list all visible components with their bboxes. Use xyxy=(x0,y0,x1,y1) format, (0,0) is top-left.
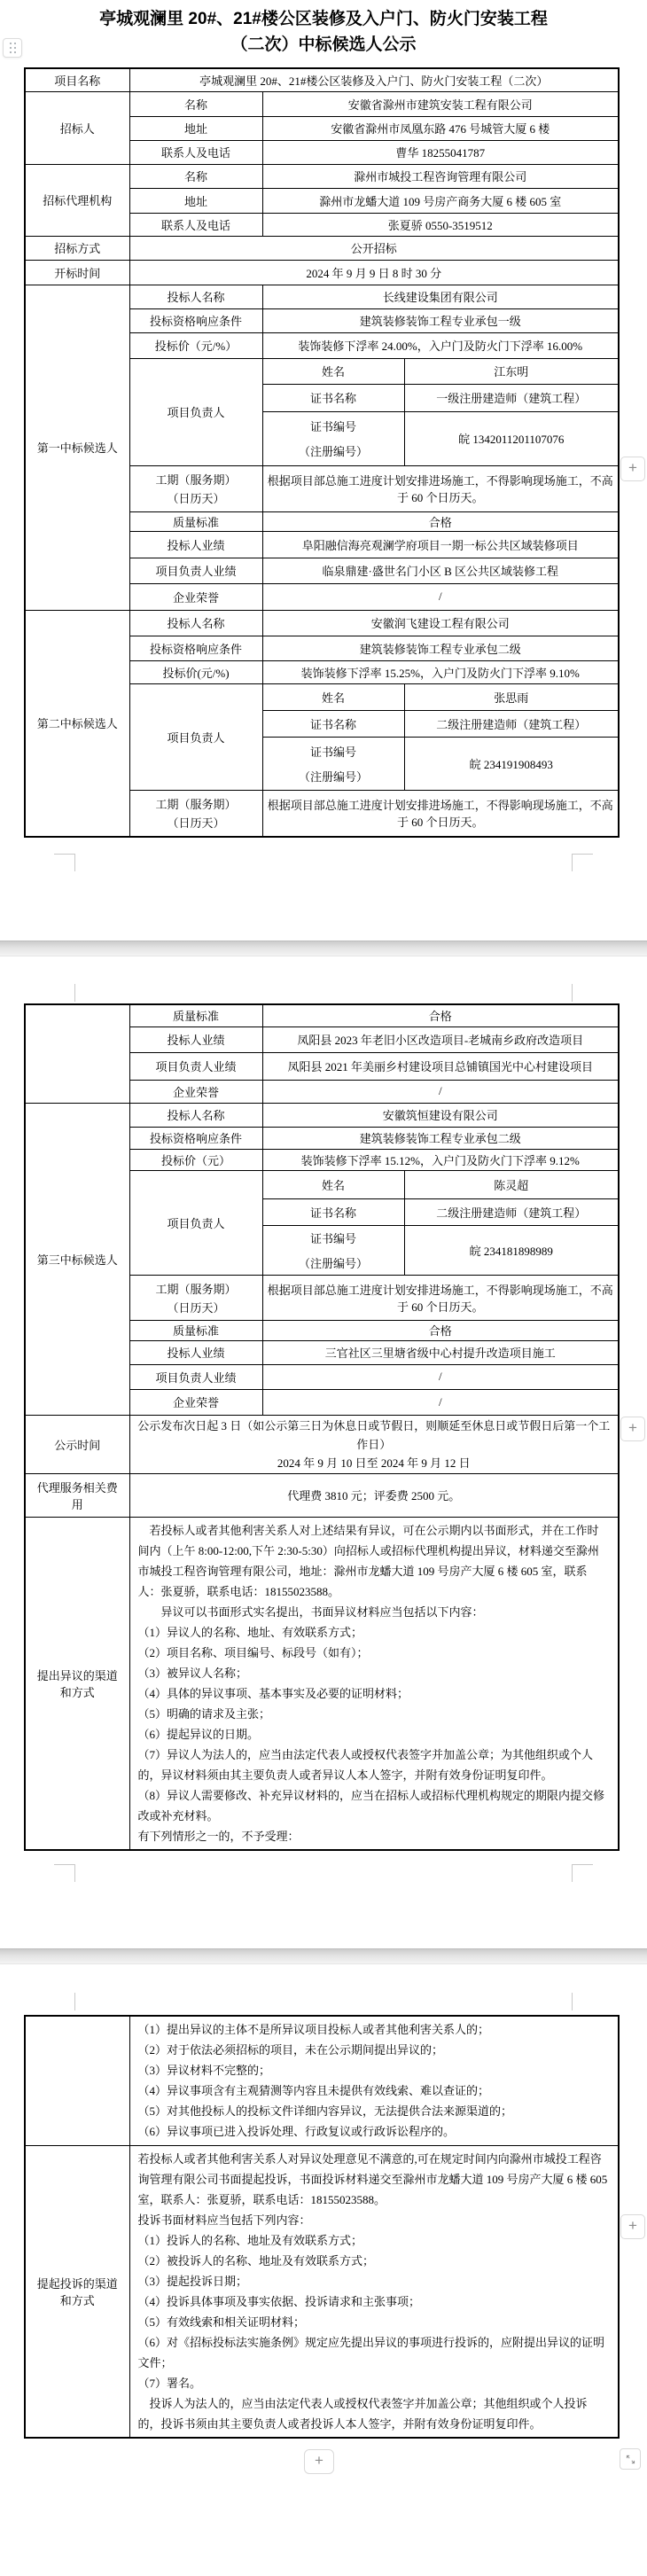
bid-announcement-table-page1: 项目名称 亭城观澜里 20#、21#楼公区装修及入户门、防火门安装工程（二次） … xyxy=(24,67,620,838)
value-c2-duration: 根据项目部总施工进度计划安排进场施工，不得影响现场施工，不高于 60 个日历天。 xyxy=(262,790,619,837)
drag-dots-icon xyxy=(10,43,16,53)
value-c2-qualification: 建筑装修装饰工程专业承包二级 xyxy=(262,636,619,660)
label-c2-quality: 质量标准 xyxy=(129,1004,262,1026)
objection-item: （3）被异议人名称； xyxy=(138,1663,611,1683)
page-separator-1 xyxy=(0,941,647,956)
label-agency: 招标代理机构 xyxy=(25,164,129,236)
page2-top-left-mark xyxy=(74,984,75,1002)
page-separator-2 xyxy=(0,1948,647,1964)
label-tenderee-address: 地址 xyxy=(129,116,262,140)
label-agency-address: 地址 xyxy=(129,188,262,213)
label-c1-cert-no: 证书编号 （注册编号） xyxy=(262,411,404,465)
label-c3-pm-name: 姓名 xyxy=(262,1170,404,1198)
page3-top-left-mark xyxy=(74,1993,75,2010)
value-c1-qualification: 建筑装修装饰工程专业承包一级 xyxy=(262,308,619,332)
value-c3-pm-name: 陈灵超 xyxy=(404,1170,619,1198)
label-c1-qualification: 投标资格响应条件 xyxy=(129,308,262,332)
value-c3-duration: 根据项目部总施工进度计划安排进场施工，不得影响现场施工，不高于 60 个日历天。 xyxy=(262,1275,619,1320)
value-c3-quality: 合格 xyxy=(262,1320,619,1340)
value-agency-contact: 张夏骄 0550-3519512 xyxy=(262,213,619,236)
complaint-item: （7）署名。 xyxy=(138,2373,611,2393)
page-3: （1）提出异议的主体不是所异议项目投标人或者其他利害关系人的； （2）对于依法必… xyxy=(0,1964,647,2576)
label-c1-pm-performance: 项目负责人业绩 xyxy=(129,558,262,583)
page-2: 质量标准 合格 投标人业绩 凤阳县 2023 年老旧小区改造项目-老城南乡政府改… xyxy=(0,956,647,1948)
value-c1-pm-name: 江东明 xyxy=(404,358,619,384)
label-c2-bidder-name: 投标人名称 xyxy=(129,610,262,636)
fullscreen-button[interactable] xyxy=(620,2448,641,2470)
title-line-2: （二次）中标候选人公示 xyxy=(0,32,647,58)
complaint-para-2: 投诉书面材料应当包括下列内容： xyxy=(138,2210,611,2230)
label-c2-qualification: 投标资格响应条件 xyxy=(129,636,262,660)
value-c3-qualification: 建筑装修装饰工程专业承包二级 xyxy=(262,1127,619,1149)
value-c3-bidder-performance: 三官社区三里塘省级中心村提升改造项目施工 xyxy=(262,1340,619,1364)
value-c3-bid-price: 装饰装修下浮率 15.12%，入户门及防火门下浮率 9.12% xyxy=(262,1149,619,1170)
label-c3-cert-no: 证书编号 （注册编号） xyxy=(262,1225,404,1275)
value-c3-honor: / xyxy=(262,1389,619,1415)
value-c2-cert-name: 二级注册建造师（建筑工程） xyxy=(404,710,619,737)
label-c3-pm-performance: 项目负责人业绩 xyxy=(129,1364,262,1389)
page3-top-right-mark xyxy=(572,1993,573,2010)
complaint-item: （4）投诉具体事项及事实依据、投诉请求和主张事项； xyxy=(138,2291,611,2312)
label-tenderee-name: 名称 xyxy=(129,91,262,116)
label-c1-quality: 质量标准 xyxy=(129,511,262,531)
fullscreen-icon xyxy=(626,2455,635,2464)
reject-item: （4）异议事项含有主观猜测等内容且未提供有效线索、难以查证的； xyxy=(138,2080,611,2101)
label-c3-project-manager: 项目负责人 xyxy=(129,1170,262,1275)
label-c3-qualification: 投标资格响应条件 xyxy=(129,1127,262,1149)
label-tenderee: 招标人 xyxy=(25,91,129,164)
drag-handle[interactable] xyxy=(3,38,22,58)
value-agency-address: 滁州市龙蟠大道 109 号房产商务大厦 6 楼 605 室 xyxy=(262,188,619,213)
objection-channel-text: 若投标人或者其他利害关系人对上述结果有异议，可在公示期内以书面形式，并在工作时间… xyxy=(129,1517,619,1850)
label-bid-opening-time: 开标时间 xyxy=(25,260,129,285)
label-agency-name: 名称 xyxy=(129,164,262,188)
objection-item: （5）明确的请求及主张； xyxy=(138,1704,611,1724)
page2-bottom-left-mark xyxy=(54,1864,75,1882)
complaint-para-3: 投诉人为法人的，应当由法定代表人或授权代表签字并加盖公章；其他组织或个人投诉的，… xyxy=(138,2393,611,2434)
value-agency-name: 滁州市城投工程咨询管理有限公司 xyxy=(262,164,619,188)
value-c1-cert-no: 皖 1342011201107076 xyxy=(404,411,619,465)
value-c3-cert-name: 二级注册建造师（建筑工程） xyxy=(404,1198,619,1225)
label-agency-fee: 代理服务相关费用 xyxy=(25,1473,129,1517)
label-publicity-time: 公示时间 xyxy=(25,1415,129,1473)
value-c2-pm-name: 张思雨 xyxy=(404,683,619,710)
objection-channel-continued-cell xyxy=(25,2016,129,2145)
label-c3-cert-name: 证书名称 xyxy=(262,1198,404,1225)
value-c2-bid-price: 装饰装修下浮率 15.25%，入户门及防火门下浮率 9.10% xyxy=(262,660,619,683)
value-project-name: 亭城观澜里 20#、21#楼公区装修及入户门、防火门安装工程（二次） xyxy=(129,68,619,91)
value-c1-bidder-name: 长线建设集团有限公司 xyxy=(262,285,619,308)
label-project-name: 项目名称 xyxy=(25,68,129,91)
add-block-button[interactable] xyxy=(304,2449,334,2474)
page2-top-right-mark xyxy=(572,984,573,1002)
value-c2-bidder-performance: 凤阳县 2023 年老旧小区改造项目-老城南乡政府改造项目 xyxy=(262,1026,619,1052)
value-publicity-time: 公示发布次日起 3 日（如公示第三日为休息日或节假日，则顺延至休息日或节假日后第… xyxy=(129,1415,619,1473)
label-c1-bidder-name: 投标人名称 xyxy=(129,285,262,308)
value-c2-honor: / xyxy=(262,1080,619,1103)
page2-bottom-right-mark xyxy=(572,1864,593,1882)
value-c2-quality: 合格 xyxy=(262,1004,619,1026)
bid-announcement-table-page3: （1）提出异议的主体不是所异议项目投标人或者其他利害关系人的； （2）对于依法必… xyxy=(24,2015,620,2439)
label-c2-duration: 工期（服务期） （日历天） xyxy=(129,790,262,837)
label-c1-duration: 工期（服务期） （日历天） xyxy=(129,465,262,511)
value-c2-bidder-name: 安徽润飞建设工程有限公司 xyxy=(262,610,619,636)
complaint-item: （5）有效线索和相关证明材料； xyxy=(138,2312,611,2332)
value-c1-cert-name: 一级注册建造师（建筑工程） xyxy=(404,384,619,411)
label-c1-cert-name: 证书名称 xyxy=(262,384,404,411)
complaint-item: （3）提起投诉日期； xyxy=(138,2271,611,2291)
objection-reject-list: （1）提出异议的主体不是所异议项目投标人或者其他利害关系人的； （2）对于依法必… xyxy=(129,2016,619,2145)
label-c1-honor: 企业荣誉 xyxy=(129,583,262,610)
page1-bottom-right-mark xyxy=(572,854,593,871)
complaint-channel-text: 若投标人或者其他利害关系人对异议处理意见不满意的,可在规定时间内向滁州市城投工程… xyxy=(129,2145,619,2438)
label-c1-bidder-performance: 投标人业绩 xyxy=(129,531,262,558)
reject-item: （5）对其他投标人的投标文件详细内容异议，无法提供合法来源渠道的； xyxy=(138,2101,611,2121)
objection-para-3: 有下列情形之一的，不予受理： xyxy=(138,1826,611,1846)
page-title: 亭城观澜里 20#、21#楼公区装修及入户门、防火门安装工程 （二次）中标候选人… xyxy=(0,6,647,58)
value-c1-pm-performance: 临泉鼎建·盛世名门小区 B 区公共区域装修工程 xyxy=(262,558,619,583)
value-c1-bid-price: 装饰装修下浮率 24.00%，入户门及防火门下浮率 16.00% xyxy=(262,332,619,358)
add-annotation-button-page2[interactable] xyxy=(620,1417,645,1441)
label-complaint-channel: 提起投诉的渠道和方式 xyxy=(25,2145,129,2438)
label-tenderee-contact: 联系人及电话 xyxy=(129,140,262,164)
reject-item: （2）对于依法必须招标的项目，未在公示期间提出异议的； xyxy=(138,2040,611,2060)
reject-item: （3）异议材料不完整的； xyxy=(138,2060,611,2080)
label-c3-duration: 工期（服务期） （日历天） xyxy=(129,1275,262,1320)
label-c1-bid-price: 投标价（元/%） xyxy=(129,332,262,358)
title-line-1: 亭城观澜里 20#、21#楼公区装修及入户门、防火门安装工程 xyxy=(0,6,647,32)
label-c2-honor: 企业荣誉 xyxy=(129,1080,262,1103)
label-candidate-2: 第二中标候选人 xyxy=(25,610,129,837)
label-c2-cert-name: 证书名称 xyxy=(262,710,404,737)
label-c1-pm-name: 姓名 xyxy=(262,358,404,384)
value-agency-fee: 代理费 3810 元；评委费 2500 元。 xyxy=(129,1473,619,1517)
value-c3-bidder-name: 安徽筑恒建设有限公司 xyxy=(262,1103,619,1127)
value-c1-honor: / xyxy=(262,583,619,610)
label-c2-pm-name: 姓名 xyxy=(262,683,404,710)
objection-item: （2）项目名称、项目编号、标段号（如有）； xyxy=(138,1643,611,1663)
label-c3-bidder-name: 投标人名称 xyxy=(129,1103,262,1127)
label-candidate-3: 第三中标候选人 xyxy=(25,1103,129,1415)
objection-item: （6）提起异议的日期。 xyxy=(138,1724,611,1745)
objection-para-1: 若投标人或者其他利害关系人对上述结果有异议，可在公示期内以书面形式，并在工作时间… xyxy=(138,1520,611,1602)
candidate-2-continued-cell xyxy=(25,1004,129,1103)
value-c2-cert-no: 皖 234191908493 xyxy=(404,737,619,790)
label-c3-honor: 企业荣誉 xyxy=(129,1389,262,1415)
label-agency-contact: 联系人及电话 xyxy=(129,213,262,236)
reject-item: （6）异议事项已进入投诉处理、行政复议或行政诉讼程序的。 xyxy=(138,2121,611,2142)
value-bid-opening-time: 2024 年 9 月 9 日 8 时 30 分 xyxy=(129,260,619,285)
value-c3-cert-no: 皖 234181898989 xyxy=(404,1225,619,1275)
page1-bottom-left-mark xyxy=(54,854,75,871)
document-viewer: 亭城观澜里 20#、21#楼公区装修及入户门、防火门安装工程 （二次）中标候选人… xyxy=(0,0,647,2576)
label-c2-pm-performance: 项目负责人业绩 xyxy=(129,1052,262,1080)
label-c2-project-manager: 项目负责人 xyxy=(129,683,262,790)
bid-announcement-table-page2: 质量标准 合格 投标人业绩 凤阳县 2023 年老旧小区改造项目-老城南乡政府改… xyxy=(24,1003,620,1851)
label-c2-bidder-performance: 投标人业绩 xyxy=(129,1026,262,1052)
complaint-item: （2）被投诉人的名称、地址及有效联系方式； xyxy=(138,2251,611,2271)
label-c2-bid-price: 投标价(元/%) xyxy=(129,660,262,683)
objection-para-2: 异议可以书面形式实名提出，书面异议材料应当包括以下内容： xyxy=(138,1602,611,1622)
complaint-para-1: 若投标人或者其他利害关系人对异议处理意见不满意的,可在规定时间内向滁州市城投工程… xyxy=(138,2149,611,2210)
label-candidate-1: 第一中标候选人 xyxy=(25,285,129,610)
objection-item: （1）异议人的名称、地址、有效联系方式； xyxy=(138,1622,611,1643)
objection-item: （8）异议人需要修改、补充异议材料的，应当在招标人或招标代理机构规定的期限内提交… xyxy=(138,1785,611,1826)
label-tender-method: 招标方式 xyxy=(25,236,129,260)
value-tender-method: 公开招标 xyxy=(129,236,619,260)
label-c3-quality: 质量标准 xyxy=(129,1320,262,1340)
value-tenderee-address: 安徽省滁州市凤凰东路 476 号城管大厦 6 楼 xyxy=(262,116,619,140)
complaint-item: （6）对《招标投标法实施条例》规定应先提出异议的事项进行投诉的，应附提出异议的证… xyxy=(138,2332,611,2373)
complaint-item: （1）投诉人的名称、地址及有效联系方式； xyxy=(138,2230,611,2251)
value-tenderee-name: 安徽省滁州市建筑安装工程有限公司 xyxy=(262,91,619,116)
objection-item: （7）异议人为法人的，应当由法定代表人或授权代表签字并加盖公章；为其他组织或个人… xyxy=(138,1745,611,1785)
label-c1-project-manager: 项目负责人 xyxy=(129,358,262,465)
label-c3-bid-price: 投标价（元） xyxy=(129,1149,262,1170)
add-annotation-button-page3[interactable] xyxy=(620,2214,645,2239)
label-c3-bidder-performance: 投标人业绩 xyxy=(129,1340,262,1364)
page-1: 亭城观澜里 20#、21#楼公区装修及入户门、防火门安装工程 （二次）中标候选人… xyxy=(0,0,647,941)
value-c2-pm-performance: 凤阳县 2021 年美丽乡村建设项目总铺镇国光中心村建设项目 xyxy=(262,1052,619,1080)
label-c2-cert-no: 证书编号 （注册编号） xyxy=(262,737,404,790)
value-c1-duration: 根据项目部总施工进度计划安排进场施工，不得影响现场施工，不高于 60 个日历天。 xyxy=(262,465,619,511)
value-c3-pm-performance: / xyxy=(262,1364,619,1389)
value-tenderee-contact: 曹华 18255041787 xyxy=(262,140,619,164)
value-c1-quality: 合格 xyxy=(262,511,619,531)
reject-item: （1）提出异议的主体不是所异议项目投标人或者其他利害关系人的； xyxy=(138,2019,611,2040)
add-annotation-button-page1[interactable] xyxy=(620,457,645,481)
value-c1-bidder-performance: 阜阳融信海亮观澜学府项目一期一标公共区域装修项目 xyxy=(262,531,619,558)
label-objection-channel: 提出异议的渠道和方式 xyxy=(25,1517,129,1850)
objection-item: （4）具体的异议事项、基本事实及必要的证明材料； xyxy=(138,1683,611,1704)
